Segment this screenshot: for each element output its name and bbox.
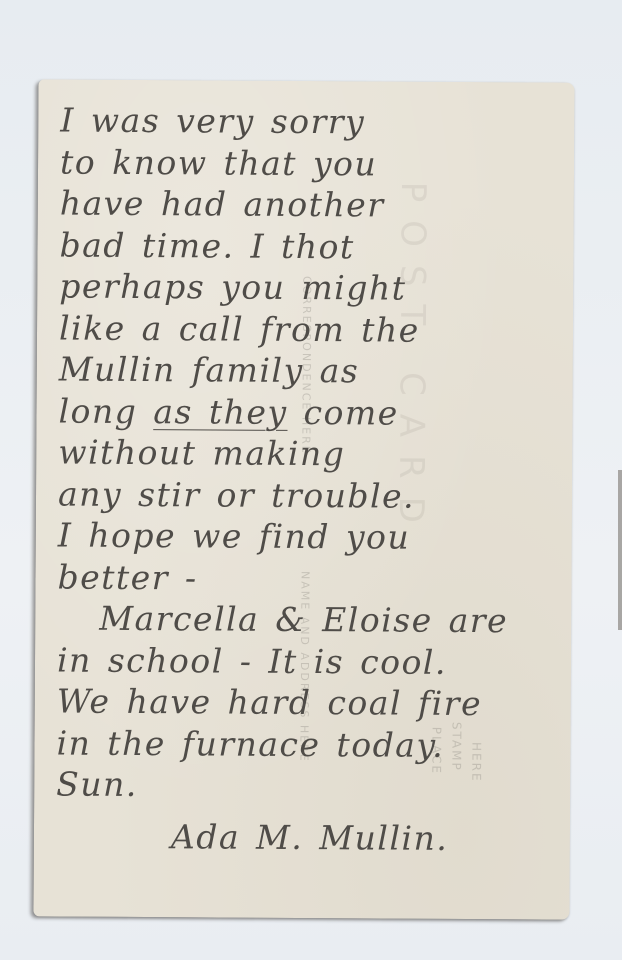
signature: Ada M. Mullin. [56,815,566,860]
letter-line: I hope we find you [58,514,568,559]
letter-line: Mullin family as [59,349,569,394]
letter-line: to know that you [60,141,570,186]
letter-line-underlined: long as they come [58,390,568,435]
text-before-underline: long [58,391,153,431]
letter-line: We have hard coal fire [57,680,567,725]
letter-line: in the furnace today. [56,722,566,767]
letter-line: without making [58,431,568,476]
letter-line: perhaps you might [59,266,569,311]
adjacent-card-edge [618,470,622,630]
letter-line: I was very sorry [60,100,570,145]
postcard: POST CARD CORRESPONDENCE HERE NAME AND A… [33,79,574,919]
handwritten-letter: I was very sorry to know that you have h… [56,100,571,860]
letter-line: Marcella & Eloise are [57,597,567,642]
letter-line: better - [57,556,567,601]
letter-line: bad time. I thot [59,224,569,269]
underlined-text: as they [153,392,288,432]
letter-line: like a call from the [59,307,569,352]
text-after-underline: come [288,392,399,432]
letter-line: Sun. [56,763,566,808]
letter-line: in school - It is cool. [57,639,567,684]
letter-line: have had another [60,183,570,228]
letter-line: any stir or trouble. [58,473,568,518]
